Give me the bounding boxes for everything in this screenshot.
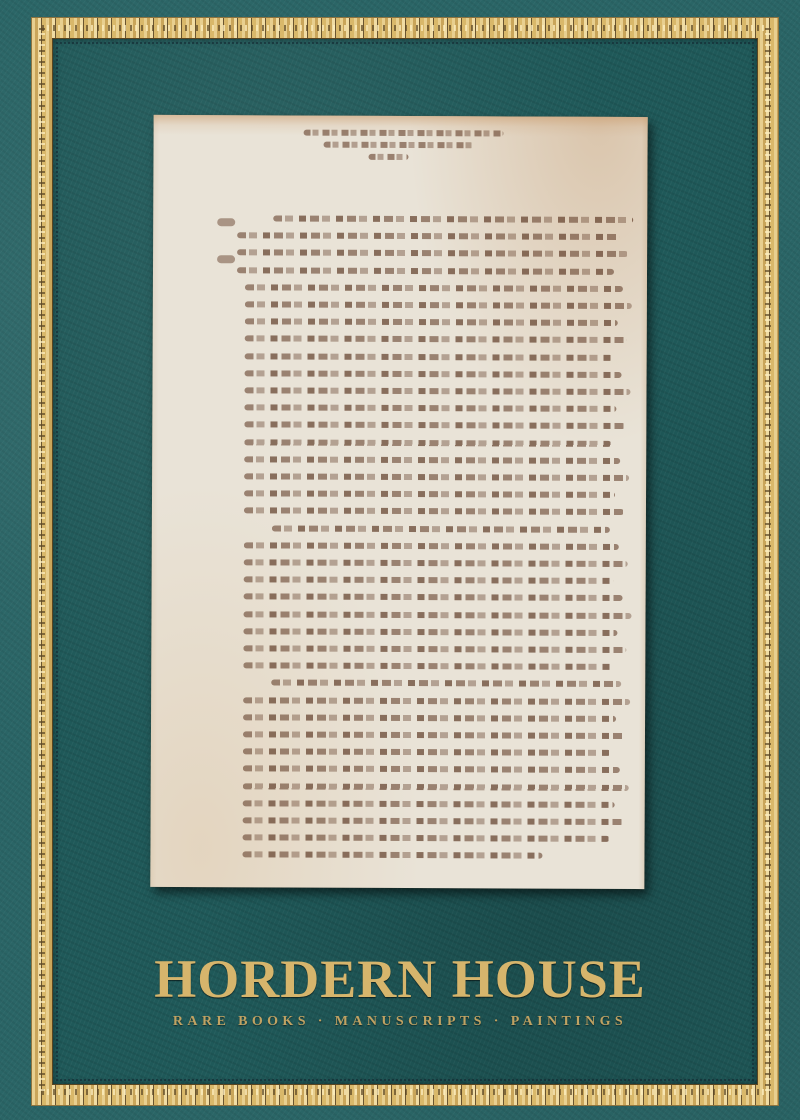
handwriting-line [245,353,613,361]
handwriting-line [244,508,624,516]
handwriting-line [243,697,630,705]
handwriting-line [243,611,631,619]
handwriting-line [245,370,622,378]
handwriting-line [273,215,633,223]
handwriting-line [271,680,621,688]
handwriting-line [245,336,627,344]
handwriting-line [243,749,611,757]
manuscript-body-text [153,193,647,195]
handwriting-line [244,577,614,585]
handwriting-line [245,284,623,292]
handwriting-line [245,301,632,309]
title-block: HORDERN HOUSE RARE BOOKS · MANUSCRIPTS ·… [0,952,800,1030]
marginal-note [217,255,235,263]
handwriting-line [242,852,542,859]
handwriting-line [244,559,628,567]
brand-subtitle: RARE BOOKS · MANUSCRIPTS · PAINTINGS [0,1014,800,1030]
manuscript-page [150,115,647,889]
heading-line [368,154,408,160]
handwriting-line [237,267,614,275]
handwriting-line [243,817,624,825]
handwriting-line [243,645,626,653]
handwriting-line [243,766,620,774]
marginal-note [217,218,235,226]
handwriting-line [243,800,615,808]
handwriting-line [243,783,629,791]
handwriting-line [237,250,628,258]
handwriting-line [243,714,616,722]
handwriting-line [244,405,616,413]
handwriting-line [243,835,610,843]
handwriting-line [272,525,610,532]
brand-title: HORDERN HOUSE [0,952,800,1006]
handwriting-line [244,491,615,499]
manuscript-heading [153,129,647,167]
handwriting-line [243,628,617,636]
handwriting-line [244,456,620,464]
handwriting-line [244,542,619,550]
handwriting-line [237,232,619,240]
handwriting-line [244,473,629,481]
handwriting-line [243,663,612,671]
handwriting-line [245,319,618,327]
handwriting-line [244,387,630,395]
handwriting-line [244,422,625,430]
handwriting-line [244,439,611,447]
handwriting-line [244,594,623,602]
heading-line [304,130,504,137]
handwriting-line [243,731,625,739]
heading-line [324,142,474,149]
